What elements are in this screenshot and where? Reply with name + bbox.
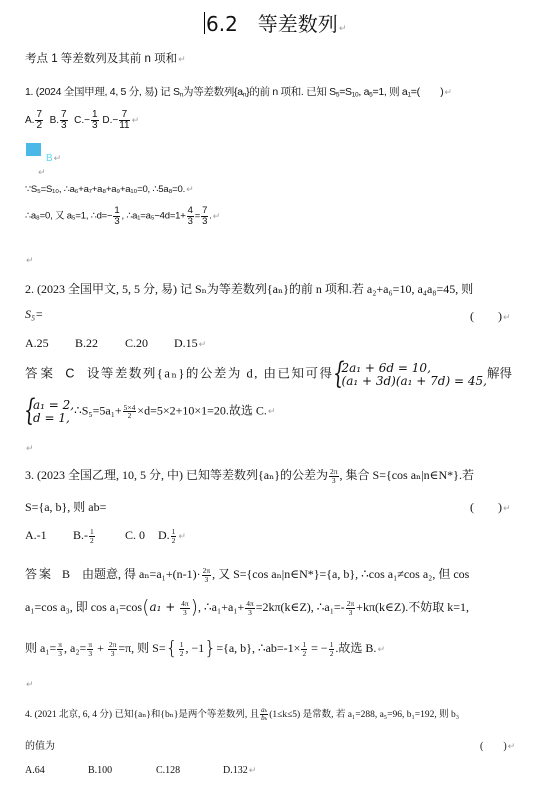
paragraph-mark: ↵ (54, 154, 62, 164)
q1-answer-letter: B (46, 153, 53, 164)
q3-stem-text: 3. (2023 全国乙理, 10, 5 分, 中) 已知等差数列{aₙ}的公差… (25, 468, 328, 482)
question-4-stem: 4. (2021 北京, 6, 4 分) 已知{aₙ}和{bₙ}是两个等差数列,… (25, 706, 459, 722)
paragraph-mark: ↵ (377, 645, 385, 655)
q1-option-c[interactable]: C.−13 (74, 115, 99, 126)
paragraph-mark: ↵ (38, 168, 46, 178)
q1-text: 记 S (160, 86, 180, 98)
paragraph-mark: ↵ (186, 185, 193, 195)
q1-text: =S (339, 86, 352, 98)
q4-option-b[interactable]: B.100 (88, 765, 156, 776)
q1-option-b[interactable]: B.73 (50, 115, 69, 126)
answer-label: 答案 (25, 366, 56, 380)
q2-option-a[interactable]: A.25 (25, 336, 75, 351)
q1-answer: B↵ (46, 153, 61, 164)
paragraph-mark: ↵ (132, 116, 140, 126)
question-3-stem: 3. (2023 全国乙理, 10, 5 分, 中) 已知等差数列{aₙ}的公差… (25, 466, 474, 484)
q2-answer-blank[interactable]: ( )↵ (470, 307, 511, 324)
question-2-stem-line-2: S₅= (25, 307, 43, 322)
question-2-stem: 2. (2023 全国甲文, 5, 5 分, 易) 记 Sₙ为等差数列{aₙ}的… (25, 280, 473, 297)
q4-stem-text: 4. (2021 北京, 6, 4 分) 已知{aₙ}和{bₙ}是两个等差数列,… (25, 710, 259, 720)
q3-solution-line-3: 则 a₁=π3, a₂=π3 + 2π3=π, 则 S={12, −1}={a,… (25, 637, 385, 659)
q4-option-d[interactable]: D.132 (223, 765, 248, 776)
text-cursor (204, 12, 205, 34)
paragraph-mark: ↵ (339, 24, 347, 34)
q2-option-d[interactable]: D.15 (174, 336, 198, 350)
q3-solution-text: +kπ(k∈Z).不妨取 k=1, (356, 600, 469, 614)
q3-option-c[interactable]: C. 0 (125, 528, 158, 543)
q3-solution-text: a₁=cos a₃, 即 cos a₁=cos (25, 600, 142, 614)
q2-solution-text: 解得 (487, 366, 512, 380)
question-4-options: A.64B.100C.128D.132↵ (25, 765, 256, 776)
question-4-stem-line-2: 的值为 (25, 737, 55, 752)
q1-text: =1, 则 a (372, 86, 407, 98)
q3-solution-text: 则 a₁= (25, 641, 56, 655)
paragraph-mark: ↵ (178, 532, 186, 542)
q1-option-d[interactable]: D.−711 (102, 115, 130, 126)
q1-text: }的前 n 项和. 已知 S (246, 86, 336, 98)
q2-solution-text: ∴S₅=5a₁+ (74, 403, 122, 417)
question-3-stem-line-2: S={a, b}, 则 ab= (25, 498, 106, 515)
q3-option-b[interactable]: B.-12 (73, 528, 125, 544)
q3-solution-text: , ∴a₁+a₁+ (198, 600, 244, 614)
q2-stem-text: 2. (2023 全国甲文, 5, 5 分, 易) 记 Sₙ为等差数列{aₙ}的… (25, 282, 473, 296)
q2-solution-text: ×d=5×2+10×1=20.故选 C. (137, 403, 267, 417)
section-heading-text: 考点 1 等差数列及其前 n 项和 (25, 53, 177, 65)
title-text: 6.2 等差数列 (206, 12, 338, 36)
solution-system: a₁ = 2,d = 1, (25, 399, 74, 424)
paragraph-mark: ↵ (213, 212, 220, 222)
q3-solution-text: 由题意, 得 aₙ=a₁+(n-1)· (82, 567, 201, 581)
q1-solution-text: ∴a₈=0, 又 a₅=1, ∴d=− (25, 211, 112, 222)
q1-source: 1. (2024 全国甲理, 4, 5 分, 易) (25, 86, 160, 98)
paragraph-mark: ↵ (444, 88, 451, 98)
answer-highlight-box (26, 143, 41, 156)
q1-solution-line-1: ∵S₅=S₁₀, ∴a₆+a₇+a₈+a₉+a₁₀=0, ∴5a₈=0.↵ (25, 184, 193, 195)
q2-option-b[interactable]: B.22 (75, 336, 125, 351)
q3-answer-blank[interactable]: ( )↵ (470, 498, 511, 515)
paragraph-mark: ↵ (503, 313, 511, 323)
q3-option-d[interactable]: D.12 (158, 528, 177, 542)
q4-option-c[interactable]: C.128 (156, 765, 223, 776)
q4-option-a[interactable]: A.64 (25, 765, 88, 776)
q3-stem-text: S={a, b}, 则 ab= (25, 500, 106, 514)
paragraph-mark: ↵ (178, 55, 186, 65)
paragraph-mark: ↵ (26, 680, 34, 690)
q2-stem-text: S₅= (25, 307, 43, 321)
q2-option-c[interactable]: C.20 (125, 336, 174, 351)
paragraph-mark: ↵ (508, 742, 516, 752)
q3-option-a[interactable]: A.-1 (25, 528, 73, 543)
equation-system: 2a₁ + 6d = 10,(a₁ + 3d)(a₁ + 7d) = 45, (334, 362, 487, 387)
paragraph-mark: ↵ (26, 444, 34, 454)
q1-text: , a (358, 86, 369, 98)
q4-stem-text: 的值为 (25, 741, 55, 752)
paragraph-mark: ↵ (268, 407, 276, 417)
paragraph-mark: ↵ (199, 340, 207, 350)
q2-solution-line-2: a₁ = 2,d = 1,∴S₅=5a₁+5×42×d=5×2+10×1=20.… (25, 399, 275, 424)
q3-solution-text: =2kπ(k∈Z), ∴a₁=- (256, 600, 345, 614)
q3-answer-letter: B (62, 567, 70, 581)
q3-solution-text: , 又 S={cos aₙ|n∈N*}={a, b}, ∴cos a₁≠cos … (212, 567, 469, 581)
question-3-options: A.-1B.-12C. 0D.12↵ (25, 528, 186, 544)
q2-answer-letter: C (65, 366, 74, 380)
q1-solution-line-2: ∴a₈=0, 又 a₅=1, ∴d=−13, ∴a₁=a₅−4d=1+43=73… (25, 206, 220, 226)
q4-answer-blank[interactable]: ( )↵ (480, 737, 515, 752)
q1-text: =( ) (411, 86, 444, 98)
paragraph-mark: ↵ (26, 256, 34, 266)
q4-stem-text: (1≤k≤5) 是常数, 若 a₁=288, a₅=96, b₁=192, 则 … (269, 710, 459, 720)
question-2-options: A.25B.22C.20D.15↵ (25, 336, 206, 351)
q2-solution-line-1: 答案 C 设等差数列{aₙ}的公差为 d, 由已知可得2a₁ + 6d = 10… (25, 362, 512, 387)
paragraph-mark: ↵ (249, 766, 257, 776)
q1-solution-text: , ∴a₁=a₅−4d=1+ (121, 211, 185, 222)
question-1-options: A.72 B.73 C.−13 D.−711↵ (25, 110, 139, 131)
section-heading: 考点 1 等差数列及其前 n 项和↵ (25, 50, 186, 66)
question-1-stem: 1. (2024 全国甲理, 4, 5 分, 易) 记 Sn为等差数列{an}的… (25, 84, 452, 99)
q3-stem-text: , 集合 S={cos aₙ|n∈N*}.若 (340, 468, 474, 482)
q3-solution-line-1: 答案 B 由题意, 得 aₙ=a₁+(n-1)·2π3, 又 S={cos aₙ… (25, 565, 469, 583)
q1-text: 为等差数列{a (183, 86, 243, 98)
q1-option-a[interactable]: A.72 (25, 115, 44, 126)
q1-solution-text: ∵S₅=S₁₀, ∴a₆+a₇+a₈+a₉+a₁₀=0, ∴5a₈=0. (25, 184, 185, 195)
page-title: 6.2 等差数列↵ (204, 8, 346, 37)
q3-solution-line-2: a₁=cos a₃, 即 cos a₁=cos(a₁ + 4π3), ∴a₁+a… (25, 596, 469, 618)
answer-label: 答案 (25, 567, 53, 581)
q2-solution-text: 设等差数列{aₙ}的公差为 d, 由已知可得 (87, 366, 334, 380)
paragraph-mark: ↵ (503, 504, 511, 514)
